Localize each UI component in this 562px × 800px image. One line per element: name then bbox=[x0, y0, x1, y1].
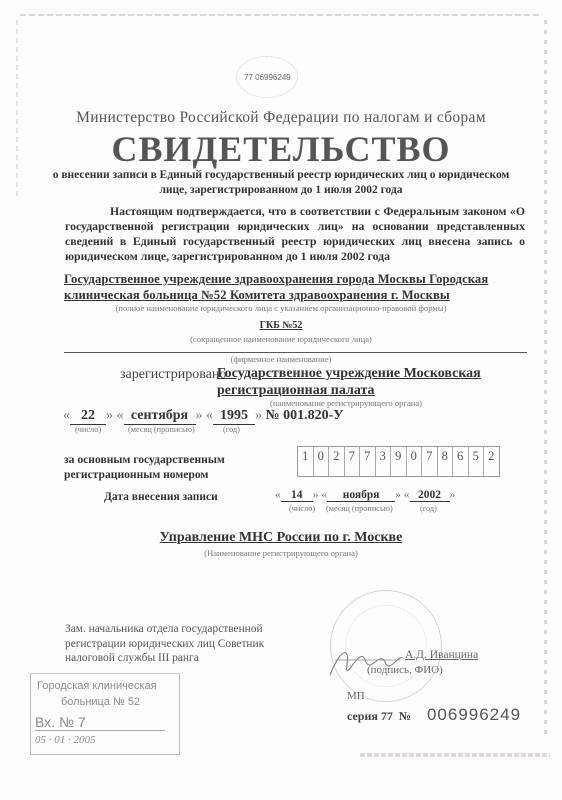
ogrn-digit-cell: 2 bbox=[329, 447, 345, 476]
full-org-name: Государственное учреждение здравоохранен… bbox=[64, 271, 529, 303]
entry-day: 14 bbox=[281, 489, 313, 502]
ogrn-label: за основным государственным регистрацион… bbox=[64, 452, 225, 482]
entry-month-caption: (месяц (прописью) bbox=[326, 504, 393, 513]
document-title: СВИДЕТЕЛЬСТВО bbox=[0, 128, 562, 170]
ogrn-digit-cell: 0 bbox=[407, 447, 423, 476]
firm-name-caption: (фирменное наименование) bbox=[0, 354, 562, 364]
official-title: Зам. начальника отдела государственной р… bbox=[65, 622, 315, 666]
ogrn-digit-cell: 7 bbox=[422, 447, 438, 476]
registering-body: Государственное учреждение Московская ре… bbox=[217, 365, 487, 399]
stamp-line-2: больница № 52 bbox=[61, 696, 140, 708]
ogrn-digit-cell: 5 bbox=[469, 447, 485, 476]
full-name-caption: (полное наименование юридического лица с… bbox=[0, 303, 562, 313]
ogrn-digit-cell: 9 bbox=[391, 447, 407, 476]
reg-day: 22 bbox=[70, 408, 106, 425]
subtitle-line-2: лице, зарегистрированном до 1 июля 2002 … bbox=[0, 183, 562, 198]
ogrn-digit-cell: 7 bbox=[360, 447, 376, 476]
subtitle-line-1: о внесении записи в Единый государственн… bbox=[0, 168, 562, 183]
ogrn-digit-cell: 8 bbox=[438, 447, 454, 476]
registering-body-caption: (наименование регистрирующего органа) bbox=[270, 398, 422, 408]
registered-label: зарегистрировано bbox=[120, 367, 226, 383]
ogrn-label-line-2: регистрационным номером bbox=[64, 467, 225, 482]
reg-day-caption: (число) bbox=[75, 425, 101, 434]
entry-year: 2002 bbox=[410, 489, 450, 502]
reg-year: 1995 bbox=[213, 408, 255, 425]
firm-name-line bbox=[64, 352, 527, 353]
ogrn-number-grid: 1027739078652 bbox=[297, 446, 500, 477]
ogrn-label-line-1: за основным государственным bbox=[64, 452, 225, 467]
reg-number: 001.820-У bbox=[283, 408, 343, 423]
ogrn-digit-cell: 7 bbox=[345, 447, 361, 476]
short-name-caption: (сокращенное наименование юридического л… bbox=[0, 334, 562, 344]
document-subtitle: о внесении записи в Единый государственн… bbox=[0, 168, 562, 198]
seal-place-label: МП bbox=[347, 690, 365, 702]
incoming-stamp: Городская клиническая больница № 52 Вх. … bbox=[30, 673, 180, 755]
series-label: серия 77 bbox=[347, 709, 393, 723]
ogrn-digit-cell: 2 bbox=[484, 447, 499, 476]
reg-month-caption: (месяц (прописью) bbox=[128, 425, 195, 434]
serial-number: 006996249 bbox=[427, 705, 521, 724]
entry-date-captions: (число) (месяц (прописью) (год) bbox=[0, 504, 562, 516]
ogrn-digit-cell: 3 bbox=[376, 447, 392, 476]
reg-number-sign: № bbox=[266, 408, 280, 423]
registration-date-captions: (число) (месяц (прописью) (год) bbox=[0, 425, 562, 437]
entry-date: «14» «ноября» «2002» bbox=[275, 489, 455, 502]
stamp-line-3: Вх. № 7 bbox=[35, 714, 165, 731]
ogrn-digit-cell: 6 bbox=[453, 447, 469, 476]
entry-month: ноября bbox=[327, 489, 395, 502]
page-border-bottom bbox=[360, 753, 550, 757]
reg-year-caption: (год) bbox=[223, 425, 240, 434]
stamp-line-4: 05 · 01 · 2005 bbox=[35, 734, 165, 746]
ogrn-digit-cell: 0 bbox=[314, 447, 330, 476]
entry-day-caption: (число) bbox=[289, 504, 315, 513]
certificate-serial: серия 77 №006996249 bbox=[347, 705, 521, 725]
tax-authority-caption: (Наименование регистрирующего органа) bbox=[0, 548, 562, 558]
tax-authority-name: Управление МНС России по г. Москве bbox=[160, 530, 403, 545]
tax-authority: Управление МНС России по г. Москве bbox=[0, 530, 562, 546]
reg-month: сентября bbox=[124, 408, 196, 425]
signature-caption: (подпись, ФИО) bbox=[367, 664, 443, 676]
page-border-top bbox=[20, 14, 540, 16]
entry-date-label: Дата внесения записи bbox=[104, 491, 218, 503]
registration-date: «22» «сентября» «1995» № 001.820-У bbox=[63, 408, 344, 425]
confirmation-paragraph: Настоящим подтверждается, что в соответс… bbox=[65, 204, 525, 264]
ogrn-digit-cell: 1 bbox=[298, 447, 314, 476]
top-seal-number: 77 06996249 bbox=[244, 73, 291, 82]
signatory-name: А.Д. Иванцина bbox=[405, 649, 478, 661]
stamp-line-1: Городская клиническая bbox=[37, 680, 157, 692]
number-sign: № bbox=[399, 709, 411, 723]
ministry-name: Министерство Российской Федерации по нал… bbox=[0, 109, 562, 127]
short-org-name: ГКБ №52 bbox=[0, 320, 562, 331]
entry-year-caption: (год) bbox=[420, 504, 437, 513]
